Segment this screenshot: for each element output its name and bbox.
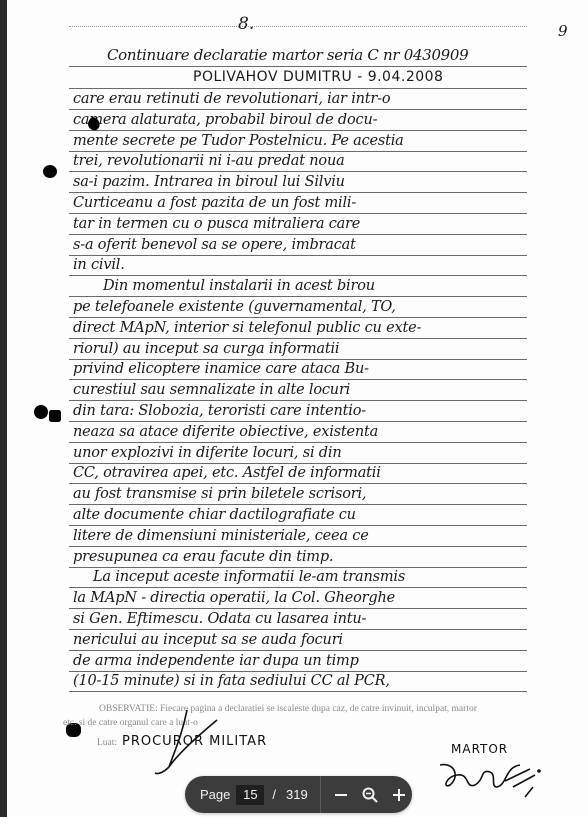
document-page: 8. 9 Continuare declaratie martor seria … (7, 0, 588, 817)
handwritten-line: litere de dimensiuni ministeriale, ceea … (73, 527, 369, 545)
page-label: Page (200, 787, 230, 802)
handwritten-line: camera alaturata, probabil biroul de doc… (73, 111, 377, 129)
ruled-line (69, 66, 527, 67)
handwritten-line: unor explozivi in diferite locuri, si di… (73, 444, 341, 462)
ruled-line (69, 26, 527, 27)
handwritten-line: au fost transmise si prin biletele scris… (73, 485, 366, 503)
ruled-line (69, 88, 527, 89)
handwritten-line: alte documente chiar dactilografiate cu (73, 506, 356, 524)
corner-page-number: 9 (558, 22, 568, 40)
handwritten-line: tar in termen cu o pusca mitraliera care (73, 215, 360, 233)
handwritten-line: CC, otravirea apei, etc. Astfel de infor… (73, 464, 381, 482)
witness-label: MARTOR (451, 742, 508, 756)
handwritten-line: Curticeanu a fost pazita de un fost mili… (73, 194, 356, 212)
zoom-out-button[interactable] (329, 780, 355, 810)
ruled-line (69, 255, 527, 256)
handwritten-line: care erau retinuti de revolutionari, iar… (73, 90, 390, 108)
handwritten-line: direct MApN, interior si telefonul publi… (73, 319, 421, 337)
pdf-viewer-toolbar: Page / 319 (185, 776, 412, 813)
handwritten-line: Din momentul instalarii in acest birou (103, 277, 375, 295)
handwritten-page-number: 8. (238, 14, 254, 34)
handwritten-line: s-a oferit benevol sa se opere, imbracat (73, 236, 356, 254)
handwritten-line: (10-15 minute) si in fata sediului CC al… (73, 672, 390, 690)
handwritten-line: mente secrete pe Tudor Postelnicu. Pe ac… (73, 132, 404, 150)
handwritten-line: din tara: Slobozia, teroristi care inten… (73, 402, 366, 420)
handwritten-line: neaza sa atace diferite obiective, exist… (73, 423, 378, 441)
viewer-left-edge (0, 0, 7, 817)
current-page-input[interactable] (236, 785, 264, 805)
document-header-title: Continuare declaratie martor seria C nr … (107, 46, 468, 64)
handwritten-line: privind elicoptere inamice care ataca Bu… (73, 360, 369, 378)
handwritten-line: sa-i pazim. Intrarea in biroul lui Silvi… (73, 173, 345, 191)
zoom-in-button[interactable] (386, 780, 412, 810)
toolbar-divider (320, 776, 321, 813)
handwritten-line: curestiul sau semnalizate in alte locuri (73, 381, 350, 399)
handwritten-line: la MApN - directia operatii, la Col. Ghe… (73, 589, 395, 607)
page-separator: / (272, 787, 276, 802)
handwritten-line: si Gen. Eftimescu. Odata cu lasarea intu… (73, 610, 366, 628)
handwritten-line: presupunea ca erau facute din timp. (73, 548, 333, 566)
handwritten-line: riorul) au inceput sa curga informatii (73, 340, 339, 358)
handwritten-line: La inceput aceste informatii le-am trans… (93, 568, 405, 586)
prosecutor-signature (147, 705, 227, 785)
total-pages: 319 (286, 787, 308, 802)
ruled-line (69, 691, 527, 692)
footer-note-prefix: Luat: (97, 738, 117, 748)
handwritten-line: de arma independente iar dupa un timp (73, 652, 359, 670)
handwritten-line: trei, revolutionarii ni i-au predat noua (73, 152, 345, 170)
magnifier-icon (361, 786, 379, 804)
punch-hole (43, 165, 57, 178)
handwritten-line: nericului au inceput sa se auda focuri (73, 631, 343, 649)
ink-blot (49, 410, 61, 422)
witness-signature (435, 757, 545, 807)
handwritten-line: pe telefoanele existente (guvernamental,… (73, 298, 396, 316)
punch-hole (34, 405, 48, 419)
plus-icon (391, 787, 407, 803)
handwritten-line: in civil. (73, 256, 125, 274)
zoom-fit-button[interactable] (357, 780, 383, 810)
document-header-name-date: POLIVAHOV DUMITRU - 9.04.2008 (193, 69, 443, 85)
minus-icon (333, 787, 349, 803)
